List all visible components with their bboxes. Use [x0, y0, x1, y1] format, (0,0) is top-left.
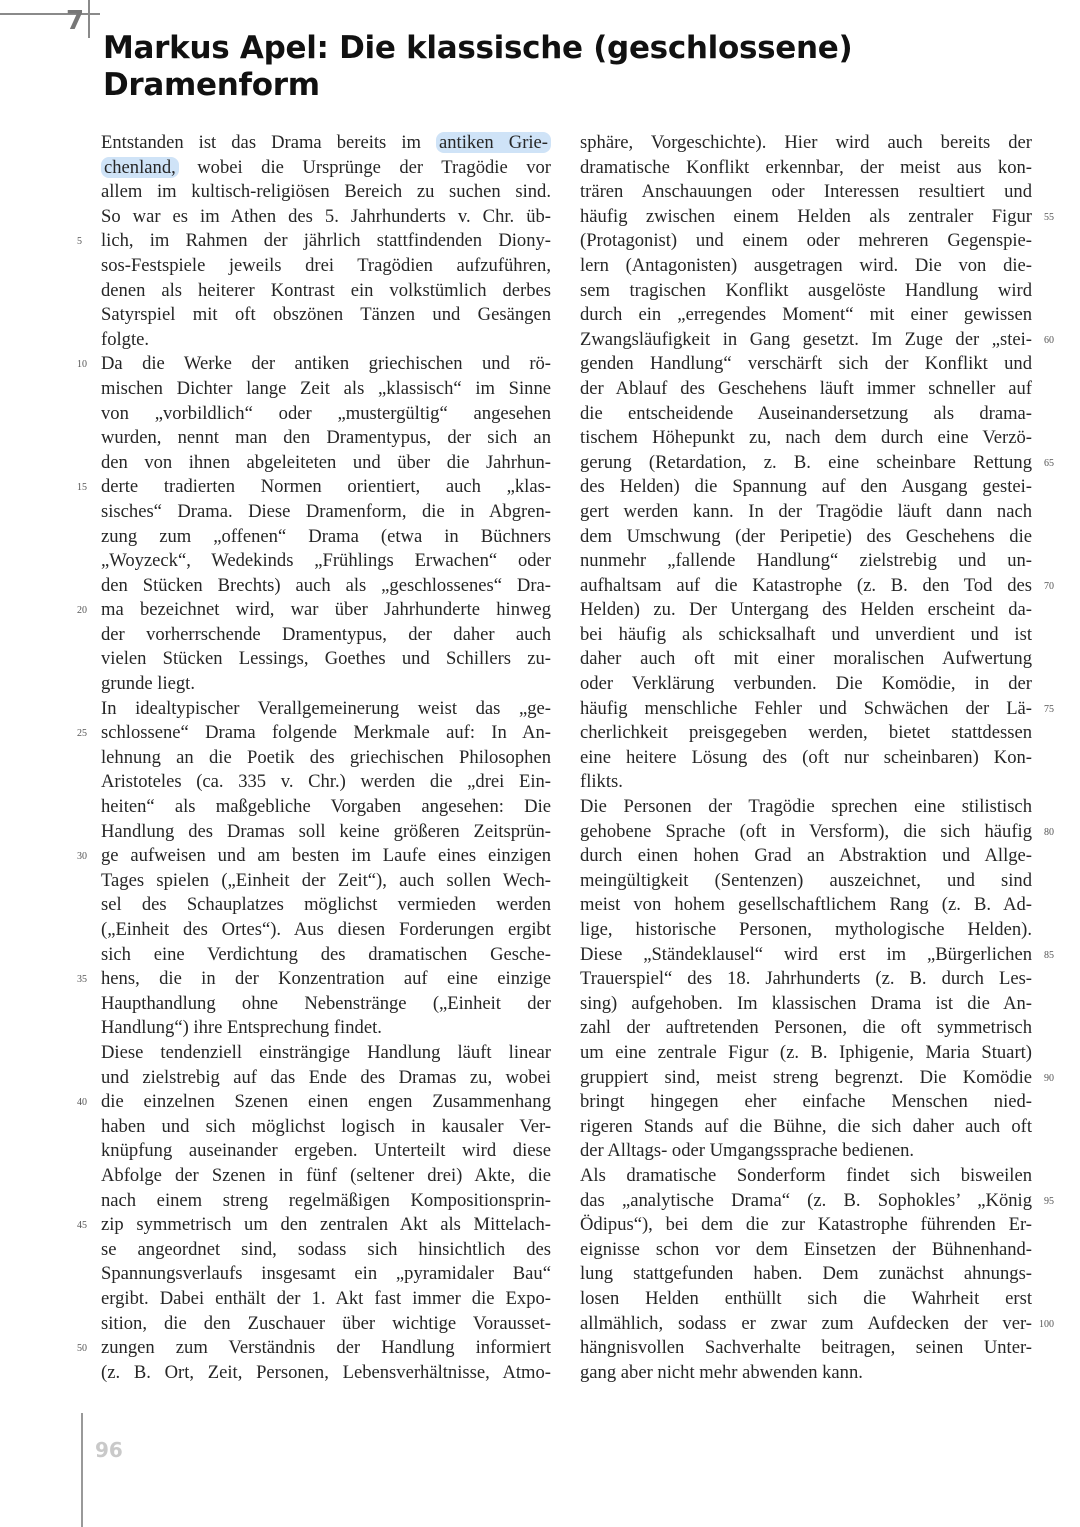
text-line: aufhaltsam auf die Katastrophe (z. B. de…	[580, 574, 1032, 599]
text-line: (z. B. Ort, Zeit, Personen, Lebensverhäl…	[101, 1361, 551, 1386]
text-line: der vorherrschende Dramentypus, der dahe…	[101, 623, 551, 648]
text-line: Als dramatische Sonderform findet sich b…	[580, 1164, 1032, 1189]
text-line: trären Anschauungen oder Interessen resu…	[580, 180, 1032, 205]
text-line: In idealtypischer Verallgemeinerung weis…	[101, 697, 551, 722]
line-number: 55	[1044, 206, 1054, 231]
text-line: sich eine Verdichtung des dramatischen G…	[101, 943, 551, 968]
text-line: dramatische Konflikt erkennbar, der meis…	[580, 156, 1032, 181]
line-number: 20	[77, 599, 87, 624]
text-line: die entscheidende Auseinandersetzung als…	[580, 402, 1032, 427]
text-line: Zwangsläufigkeit in Gang gesetzt. Im Zug…	[580, 328, 1032, 353]
text-line: („Einheit des Ortes“). Aus diesen Forder…	[101, 918, 551, 943]
text-line: wurden, nennt man den Dramentypus, der s…	[101, 426, 551, 451]
text-line: grunde liegt.	[101, 672, 551, 697]
line-number: 25	[77, 722, 87, 747]
text-line: Trauerspiel“ des 18. Jahrhunderts (z. B.…	[580, 967, 1032, 992]
text-line: Abfolge der Szenen in fünf (seltener dre…	[101, 1164, 551, 1189]
text-line: Diese tendenziell einsträngige Handlung …	[101, 1041, 551, 1066]
text-line: Tages spielen („Einheit der Zeit“), auch…	[101, 869, 551, 894]
text-line: sition, die den Zuschauer über wichtige …	[101, 1312, 551, 1337]
text-line: zahl der auftretenden Personen, die oft …	[580, 1016, 1032, 1041]
text-line: Haupthandlung ohne Nebenstränge („Einhei…	[101, 992, 551, 1017]
text-line: (Protagonist) und einem oder mehreren Ge…	[580, 229, 1032, 254]
line-number: 95	[1044, 1190, 1054, 1215]
text-line: sem tragischen Konflikt ausgelöste Handl…	[580, 279, 1032, 304]
text-line: lung stattgefunden haben. Dem zunächst a…	[580, 1262, 1032, 1287]
text-line: von „vorbildlich“ oder „mustergültig“ an…	[101, 402, 551, 427]
text-line: nunmehr „fallende Handlung“ zielstrebig …	[580, 549, 1032, 574]
text-line: rigeren Stands auf die Bühne, die sich d…	[580, 1115, 1032, 1140]
text-line: knüpfung auseinander ergeben. Unterteilt…	[101, 1139, 551, 1164]
text-line: se angeordnet sind, sodass sich hinsicht…	[101, 1238, 551, 1263]
text-line: bringt hingegen eher einfache Menschen n…	[580, 1090, 1032, 1115]
text-line: hängnisvollen Sachverhalte beitragen, se…	[580, 1336, 1032, 1361]
text-line: bei häufig als schicksalhaft und unverdi…	[580, 623, 1032, 648]
text-line: Diese „Ständeklausel“ wird erst im „Bürg…	[580, 943, 1032, 968]
chapter-number: 7	[66, 6, 84, 36]
line-number: 65	[1044, 452, 1054, 477]
top-rule	[0, 13, 100, 15]
highlighted-text: antiken Grie-	[436, 132, 551, 153]
text-line: meingültigkeit (Sentenzen) auszeichnet, …	[580, 869, 1032, 894]
text-line: Aristoteles (ca. 335 v. Chr.) werden die…	[101, 770, 551, 795]
highlighted-text: chenland,	[101, 157, 179, 178]
right-column: sphäre, Vorgeschichte). Hier wird auch b…	[580, 131, 1032, 1385]
text-line: Ödipus“), bei dem die zur Katastrophe fü…	[580, 1213, 1032, 1238]
text-line: häufig menschliche Fehler und Schwächen …	[580, 697, 1032, 722]
text-line: losen Helden enthüllt sich die Wahrheit …	[580, 1287, 1032, 1312]
text-line: Entstanden ist das Drama bereits im anti…	[101, 131, 551, 156]
text-line: zip symmetrisch um den zentralen Akt als…	[101, 1213, 551, 1238]
text-line: mischen Dichter lange Zeit als „klassisc…	[101, 377, 551, 402]
left-column: Entstanden ist das Drama bereits im anti…	[101, 131, 551, 1385]
chapter-rule	[88, 0, 90, 38]
text-line: den von ihnen abgeleiteten und über die …	[101, 451, 551, 476]
line-number: 10	[77, 353, 87, 378]
text-line: Handlung des Dramas soll keine größeren …	[101, 820, 551, 845]
text-line: heiten“ als maßgebliche Vorgaben angeseh…	[101, 795, 551, 820]
text-line: Spannungsverlaufs insgesamt ein „pyramid…	[101, 1262, 551, 1287]
text-line: haben und sich möglichst logisch in kaus…	[101, 1115, 551, 1140]
line-number: 5	[77, 230, 82, 255]
text-line: häufig zwischen einem Helden als zentral…	[580, 205, 1032, 230]
text-line: hens, die in der Konzentration auf eine …	[101, 967, 551, 992]
text-line: zung zum „offenen“ Drama (etwa in Büchne…	[101, 525, 551, 550]
text-line: um eine zentrale Figur (z. B. Iphigenie,…	[580, 1041, 1032, 1066]
text-line: nach einem streng regelmäßigen Kompositi…	[101, 1189, 551, 1214]
text-line: sphäre, Vorgeschichte). Hier wird auch b…	[580, 131, 1032, 156]
text-line: sos-Festspiele jeweils drei Tragödien au…	[101, 254, 551, 279]
line-number: 60	[1044, 329, 1054, 354]
text-line: eine heitere Lösung des (oft nur scheinb…	[580, 746, 1032, 771]
text-line: und zielstrebig auf das Ende des Dramas …	[101, 1066, 551, 1091]
page-title: Markus Apel: Die klassische (geschlossen…	[103, 30, 903, 104]
line-number: 45	[77, 1214, 87, 1239]
text-line: dem Umschwung (der Peripetie) des Gesche…	[580, 525, 1032, 550]
text-line: Helden) zu. Der Untergang des Helden ers…	[580, 598, 1032, 623]
text-line: chenland, wobei die Ursprünge der Tragöd…	[101, 156, 551, 181]
line-number: 40	[77, 1091, 87, 1116]
line-number: 15	[77, 476, 87, 501]
text-line: das „analytische Drama“ (z. B. Sophokles…	[580, 1189, 1032, 1214]
text-line: durch ein „erregendes Moment“ mit einer …	[580, 303, 1032, 328]
text-line: gert werden kann. In der Tragödie läuft …	[580, 500, 1032, 525]
text-line: des Helden) die Spannung auf den Ausgang…	[580, 475, 1032, 500]
text-line: ge aufweisen und am besten im Laufe eine…	[101, 844, 551, 869]
text-line: cherlichkeit preisgegeben werden, bietet…	[580, 721, 1032, 746]
text-line: ergibt. Dabei enthält der 1. Akt fast im…	[101, 1287, 551, 1312]
page-rule	[81, 1413, 83, 1527]
line-number: 35	[77, 968, 87, 993]
text-line: sel des Schauplatzes möglichst vermieden…	[101, 893, 551, 918]
page-number: 96	[95, 1438, 123, 1462]
text-line: derte tradierten Normen orientiert, auch…	[101, 475, 551, 500]
text-line: „Woyzeck“, Wedekinds „Frühlings Erwachen…	[101, 549, 551, 574]
text-line: sisches“ Drama. Diese Dramenform, die in…	[101, 500, 551, 525]
text-line: gruppiert sind, meist streng begrenzt. D…	[580, 1066, 1032, 1091]
text-line: gerung (Retardation, z. B. eine scheinba…	[580, 451, 1032, 476]
line-number: 90	[1044, 1067, 1054, 1092]
text-line: Satyrspiel mit oft obszönen Tänzen und G…	[101, 303, 551, 328]
text-line: tischem Höhepunkt zu, nach dem durch ein…	[580, 426, 1032, 451]
text-line: ma bezeichnet wird, war über Jahrhundert…	[101, 598, 551, 623]
text-line: daher auch oft mit einer moralischen Auf…	[580, 647, 1032, 672]
line-number: 50	[77, 1337, 87, 1362]
text-line: oder Verklärung verbunden. Die Komödie, …	[580, 672, 1032, 697]
line-number: 70	[1044, 575, 1054, 600]
text-line: folgte.	[101, 328, 551, 353]
text-line: durch einen hohen Grad an Abstraktion un…	[580, 844, 1032, 869]
text-line: denen als heiterer Kontrast ein volkstüm…	[101, 279, 551, 304]
line-number: 30	[77, 845, 87, 870]
text-line: genden Handlung“ verschärft sich der Kon…	[580, 352, 1032, 377]
line-number: 75	[1044, 698, 1054, 723]
text-line: vielen Stücken Lessings, Goethes und Sch…	[101, 647, 551, 672]
text-line: Die Personen der Tragödie sprechen eine …	[580, 795, 1032, 820]
text-line: allem im kultisch-religiösen Bereich zu …	[101, 180, 551, 205]
text-line: den Stücken Brechts) auch als „geschloss…	[101, 574, 551, 599]
line-number: 80	[1044, 821, 1054, 846]
text-line: meist von hohem gesellschaftlichem Rang …	[580, 893, 1032, 918]
text-line: gehobene Sprache (oft in Versform), die …	[580, 820, 1032, 845]
text-line: die einzelnen Szenen einen engen Zusamme…	[101, 1090, 551, 1115]
text-line: eignisse schon vor dem Einsetzen der Büh…	[580, 1238, 1032, 1263]
text-line: schlossene“ Drama folgende Merkmale auf:…	[101, 721, 551, 746]
text-line: Da die Werke der antiken griechischen un…	[101, 352, 551, 377]
text-line: allmählich, sodass er zwar zum Aufdecken…	[580, 1312, 1032, 1337]
text-line: lern (Antagonisten) ausgetragen wird. Di…	[580, 254, 1032, 279]
text-line: flikts.	[580, 770, 1032, 795]
text-line: gang aber nicht mehr abwenden kann.	[580, 1361, 1032, 1386]
text-line: lige, historische Personen, mythologisch…	[580, 918, 1032, 943]
line-number: 85	[1044, 944, 1054, 969]
text-line: der Ablauf des Geschehens läuft immer sc…	[580, 377, 1032, 402]
text-line: sing) aufgehoben. Im klassischen Drama i…	[580, 992, 1032, 1017]
text-line: So war es im Athen des 5. Jahrhunderts v…	[101, 205, 551, 230]
text-line: der Alltags- oder Umgangssprache bediene…	[580, 1139, 1032, 1164]
text-line: zungen zum Verständnis der Handlung info…	[101, 1336, 551, 1361]
text-line: lich, im Rahmen der jährlich stattfinden…	[101, 229, 551, 254]
text-line: Handlung“) ihre Entsprechung findet.	[101, 1016, 551, 1041]
text-line: lehnung an die Poetik des griechischen P…	[101, 746, 551, 771]
line-number: 100	[1039, 1313, 1054, 1338]
